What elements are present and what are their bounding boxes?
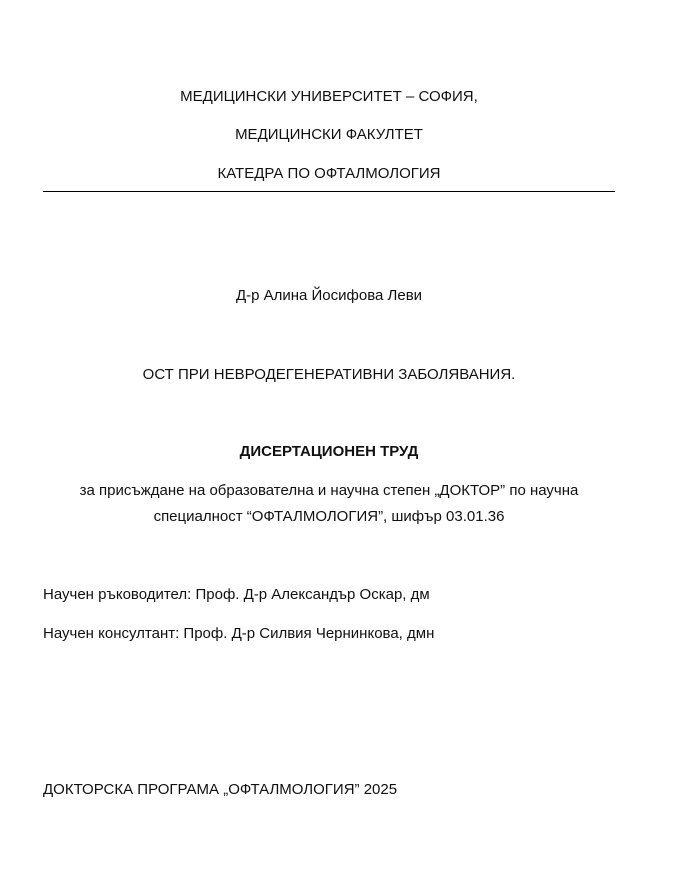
university-name: МЕДИЦИНСКИ УНИВЕРСИТЕТ – СОФИЯ, [43,88,615,106]
header-divider [43,191,615,192]
department-name: КАТЕДРА ПО ОФТАЛМОЛОГИЯ [43,165,615,183]
purpose-line-1: за присъждане на образователна и научна … [43,482,615,500]
author-name: Д-р Алина Йосифова Леви [43,287,615,305]
scientific-consultant: Научен консултант: Проф. Д-р Силвия Черн… [43,625,434,643]
work-type-heading: ДИСЕРТАЦИОНЕН ТРУД [43,443,615,461]
purpose-line-2: специалност “ОФТАЛМОЛОГИЯ”, шифър 03.01.… [43,508,615,526]
doctoral-program: ДОКТОРСКА ПРОГРАМА „ОФТАЛМОЛОГИЯ” 2025 [43,781,397,799]
faculty-name: МЕДИЦИНСКИ ФАКУЛТЕТ [43,126,615,144]
scientific-supervisor: Научен ръководител: Проф. Д-р Александър… [43,586,430,604]
dissertation-title: ОСТ ПРИ НЕВРОДЕГЕНЕРАТИВНИ ЗАБОЛЯВАНИЯ. [43,366,615,384]
document-page: МЕДИЦИНСКИ УНИВЕРСИТЕТ – СОФИЯ, МЕДИЦИНС… [0,0,676,872]
